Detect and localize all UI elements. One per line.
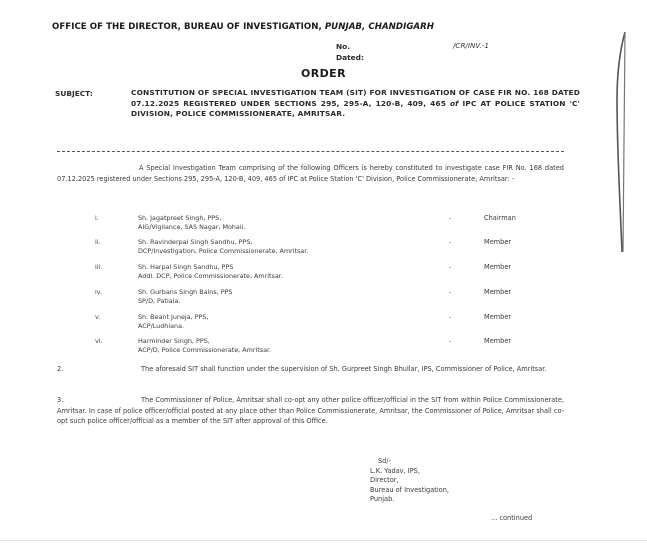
continued-note: ... continued xyxy=(491,514,532,522)
officer-row: i. Sh. Jagatpreet Singh, PPS,AIG/Vigilan… xyxy=(0,214,647,236)
officer-role: Member xyxy=(484,313,511,321)
page-bottom-border xyxy=(0,540,647,541)
order-title: ORDER xyxy=(0,67,647,80)
officer-row: ii. Sh. Ravinderpal Singh Sandhu, PPS,DC… xyxy=(0,238,647,260)
officer-row: vi. Harminder Singh, PPS,ACP/D, Police C… xyxy=(0,337,647,359)
officer-role: Member xyxy=(484,288,511,296)
reference-labels: No. Dated: xyxy=(336,41,364,63)
office-heading-prefix: OFFICE OF THE DIRECTOR, BUREAU OF INVEST… xyxy=(52,22,325,32)
office-heading: OFFICE OF THE DIRECTOR, BUREAU OF INVEST… xyxy=(52,22,592,32)
officer-details: Sh. Gurbans Singh Bains, PPSSP/D, Patial… xyxy=(138,288,233,305)
paragraph-3: 3.The Commissioner of Police, Amritsar s… xyxy=(57,395,564,427)
signature-block: Sd/- L.K. Yadav, IPS, Director, Bureau o… xyxy=(370,457,449,505)
subject-text: CONSTITUTION OF SPECIAL INVESTIGATION TE… xyxy=(131,88,580,120)
order-document: OFFICE OF THE DIRECTOR, BUREAU OF INVEST… xyxy=(0,0,647,546)
officer-details: Sh. Jagatpreet Singh, PPS,AIG/Vigilance,… xyxy=(138,214,245,231)
officer-number: ii. xyxy=(95,238,101,246)
paragraph-2: 2.The aforesaid SIT shall function under… xyxy=(57,364,564,375)
officer-details: Sh. Beant Juneja, PPS,ACP/Ludhiana. xyxy=(138,313,208,330)
officer-role: Member xyxy=(484,337,511,345)
reference-number: /CR/INV.-1 xyxy=(453,41,489,50)
officer-number: i. xyxy=(95,214,99,222)
officer-role: Chairman xyxy=(484,214,516,222)
dated-label: Dated: xyxy=(336,52,364,63)
dashed-divider xyxy=(57,151,564,152)
officer-number: iv. xyxy=(95,288,102,296)
officer-row: v. Sh. Beant Juneja, PPS,ACP/Ludhiana. -… xyxy=(0,313,647,335)
page-edge-curl xyxy=(614,30,628,255)
officer-role: Member xyxy=(484,263,511,271)
number-label: No. xyxy=(336,41,364,52)
officer-role: Member xyxy=(484,238,511,246)
subject-label: SUBJECT: xyxy=(55,89,93,98)
officer-details: Harminder Singh, PPS,ACP/D, Police Commi… xyxy=(138,337,271,354)
office-heading-suffix: PUNJAB, CHANDIGARH xyxy=(325,22,434,32)
officer-details: Sh. Ravinderpal Singh Sandhu, PPS,DCP/In… xyxy=(138,238,308,255)
officer-row: iv. Sh. Gurbans Singh Bains, PPSSP/D, Pa… xyxy=(0,288,647,310)
paragraph-1: A Special Investigation Team comprising … xyxy=(57,163,564,184)
signatory-name: L.K. Yadav, IPS, xyxy=(370,467,449,477)
officer-row: iii. Sh. Harpal Singh Sandhu, PPSAddl. D… xyxy=(0,263,647,285)
officer-number: iii. xyxy=(95,263,102,271)
officer-number: v. xyxy=(95,313,100,321)
officer-details: Sh. Harpal Singh Sandhu, PPSAddl. DCP, P… xyxy=(138,263,283,280)
officer-number: vi. xyxy=(95,337,103,345)
